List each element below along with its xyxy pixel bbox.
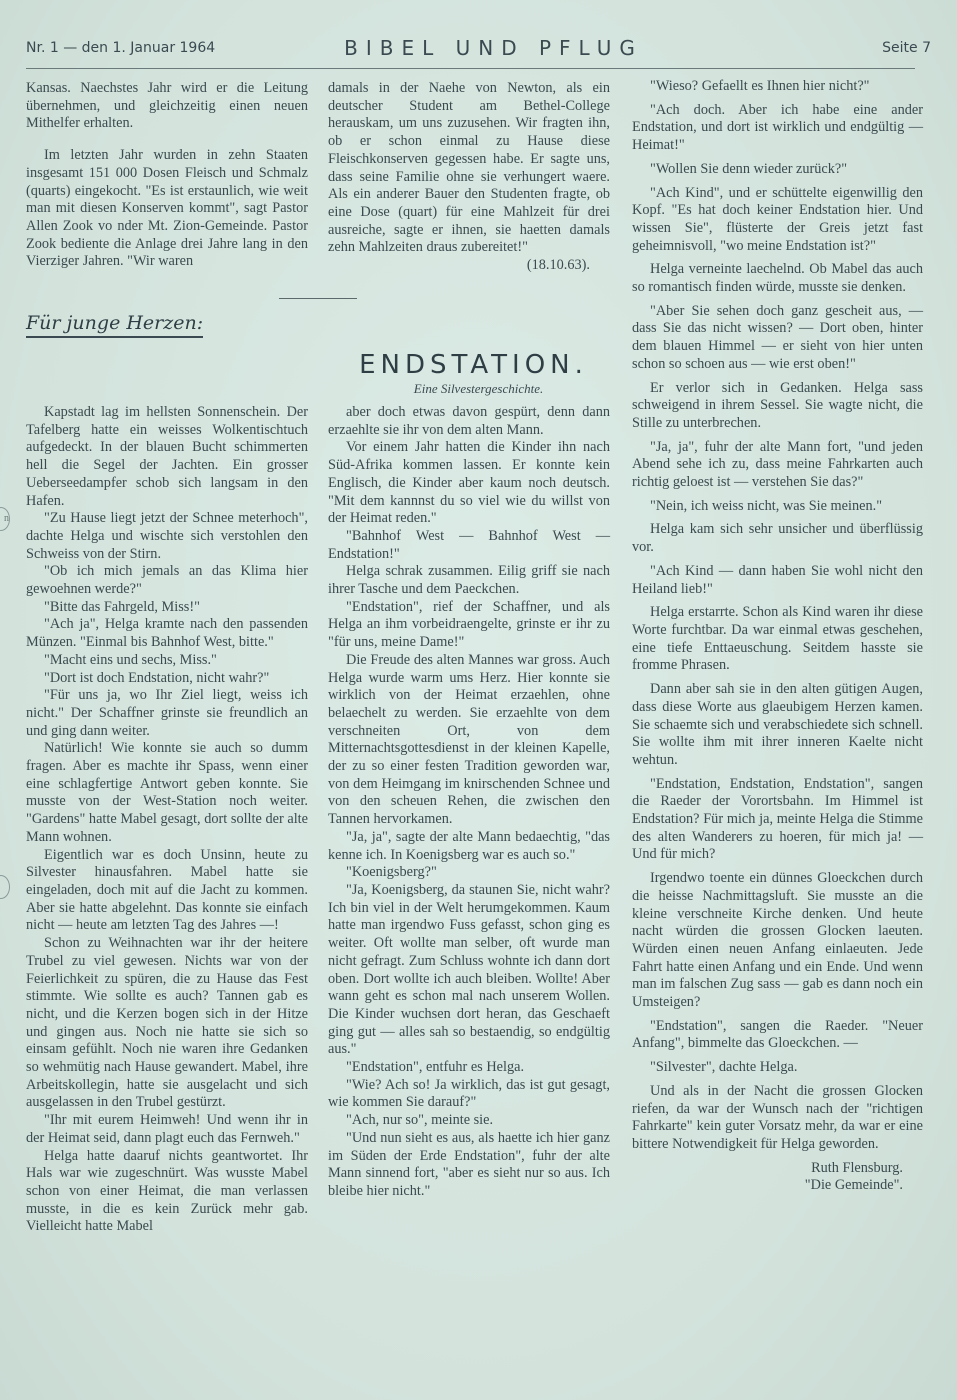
paragraph: "Bahnhof West — Bahnhof West — Endstatio… (328, 528, 610, 563)
paragraph: Helga schrak zusammen. Eilig griff sie n… (328, 563, 610, 598)
paragraph: "Ach ja", Helga kramte nach den passende… (26, 616, 308, 651)
paragraph: Helga kam sich sehr unsicher und überflü… (632, 521, 923, 556)
top-article-col2: damals in der Naehe von Newton, als ein … (328, 80, 610, 275)
paragraph: "Ach Kind", und er schüttelte eigenwilli… (632, 185, 923, 256)
paragraph: "Ob ich mich jemals an das Klima hier ge… (26, 563, 308, 598)
story-author: Ruth Flensburg. (632, 1160, 923, 1178)
paragraph: "Zu Hause liegt jetzt der Schnee meterho… (26, 510, 308, 563)
paragraph: "Ja, ja", fuhr der alte Mann fort, "und … (632, 439, 923, 492)
header-rule (26, 68, 915, 69)
paragraph: "Wollen Sie denn wieder zurück?" (632, 161, 923, 179)
section-divider (279, 298, 357, 299)
paragraph: Und als in der Nacht die grossen Glocken… (632, 1083, 923, 1154)
paragraph: "Macht eins und sechs, Miss." (26, 652, 308, 670)
paragraph: "Wie? Ach so! Ja wirklich, das ist gut g… (328, 1077, 610, 1112)
paragraph: Eigentlich war es doch Unsinn, heute zu … (26, 847, 308, 936)
story-col2: aber doch etwas davon gespürt, denn dann… (328, 404, 610, 1201)
paragraph: Die Freude des alten Mannes war gross. A… (328, 652, 610, 829)
paragraph: "Silvester", dachte Helga. (632, 1059, 923, 1077)
paragraph: aber doch etwas davon gespürt, denn dann… (328, 404, 610, 439)
paragraph: Dann aber sah sie in den alten gütigen A… (632, 681, 923, 770)
paragraph: Helga erstarrte. Schon als Kind waren ih… (632, 604, 923, 675)
paragraph: "Ach Kind — dann haben Sie wohl nicht de… (632, 563, 923, 598)
section-title: Für junge Herzen: (26, 312, 203, 338)
paragraph: "Ja, ja", sagte der alte Mann bedaechtig… (328, 829, 610, 864)
margin-mark: n (0, 507, 10, 531)
paragraph: "Wieso? Gefaellt es Ihnen hier nicht?" (632, 78, 923, 96)
paragraph: "Für uns ja, wo Ihr Ziel liegt, weiss ic… (26, 687, 308, 740)
paragraph: "Ihr mit eurem Heimweh! Und wenn ihr in … (26, 1112, 308, 1147)
paragraph: Helga hatte daaruf nichts geantwortet. I… (26, 1148, 308, 1237)
page-number: Seite 7 (882, 40, 931, 56)
paragraph: Kansas. Naechstes Jahr wird er die Leitu… (26, 80, 308, 133)
paragraph: Helga verneinte laechelnd. Ob Mabel das … (632, 261, 923, 296)
paragraph: "Dort ist doch Endstation, nicht wahr?" (26, 670, 308, 688)
paragraph: Vor einem Jahr hatten die Kinder ihn nac… (328, 439, 610, 528)
paragraph: "Ja, Koenigsberg, da staunen Sie, nicht … (328, 882, 610, 1059)
paragraph: damals in der Naehe von Newton, als ein … (328, 80, 610, 257)
page-header: Nr. 1 — den 1. Januar 1964 BIBEL UND PFL… (26, 36, 931, 66)
story-source: "Die Gemeinde". (632, 1177, 923, 1195)
paragraph: Irgendwo toente ein dünnes Gloeckchen du… (632, 870, 923, 1012)
paragraph: "Und nun sieht es aus, als haette ich hi… (328, 1130, 610, 1201)
paragraph: "Endstation", sangen die Raeder. "Neuer … (632, 1018, 923, 1053)
top-article-col1: Kansas. Naechstes Jahr wird er die Leitu… (26, 80, 308, 271)
paragraph: "Endstation, Endstation, Endstation", sa… (632, 776, 923, 865)
publication-title: BIBEL UND PFLUG (26, 36, 931, 60)
paragraph: "Ach, nur so", meinte sie. (328, 1112, 610, 1130)
paragraph: Kapstadt lag im hellsten Sonnenschein. D… (26, 404, 308, 510)
paragraph: Er verlor sich in Gedanken. Helga sass s… (632, 380, 923, 433)
paragraph: "Endstation", rief der Schaffner, und al… (328, 599, 610, 652)
paragraph: "Bitte das Fahrgeld, Miss!" (26, 599, 308, 617)
story-col1: Kapstadt lag im hellsten Sonnenschein. D… (26, 404, 308, 1236)
paragraph: Schon zu Weihnachten war ihr der heitere… (26, 935, 308, 1112)
paragraph: "Endstation", entfuhr es Helga. (328, 1059, 610, 1077)
article-date: (18.10.63). (328, 257, 610, 275)
story-col3: "Wieso? Gefaellt es Ihnen hier nicht?""A… (632, 78, 923, 1195)
paragraph: "Ach doch. Aber ich habe eine ander Ends… (632, 102, 923, 155)
paragraph: "Aber Sie sehen doch ganz gescheit aus, … (632, 303, 923, 374)
margin-mark (0, 875, 10, 899)
paragraph: Im letzten Jahr wurden in zehn Staaten i… (26, 147, 308, 271)
newspaper-page: Nr. 1 — den 1. Januar 1964 BIBEL UND PFL… (0, 0, 957, 1400)
paragraph: "Koenigsberg?" (328, 864, 610, 882)
paragraph: "Nein, ich weiss nicht, was Sie meinen." (632, 498, 923, 516)
paragraph: Natürlich! Wie konnte sie auch so dumm f… (26, 740, 308, 846)
